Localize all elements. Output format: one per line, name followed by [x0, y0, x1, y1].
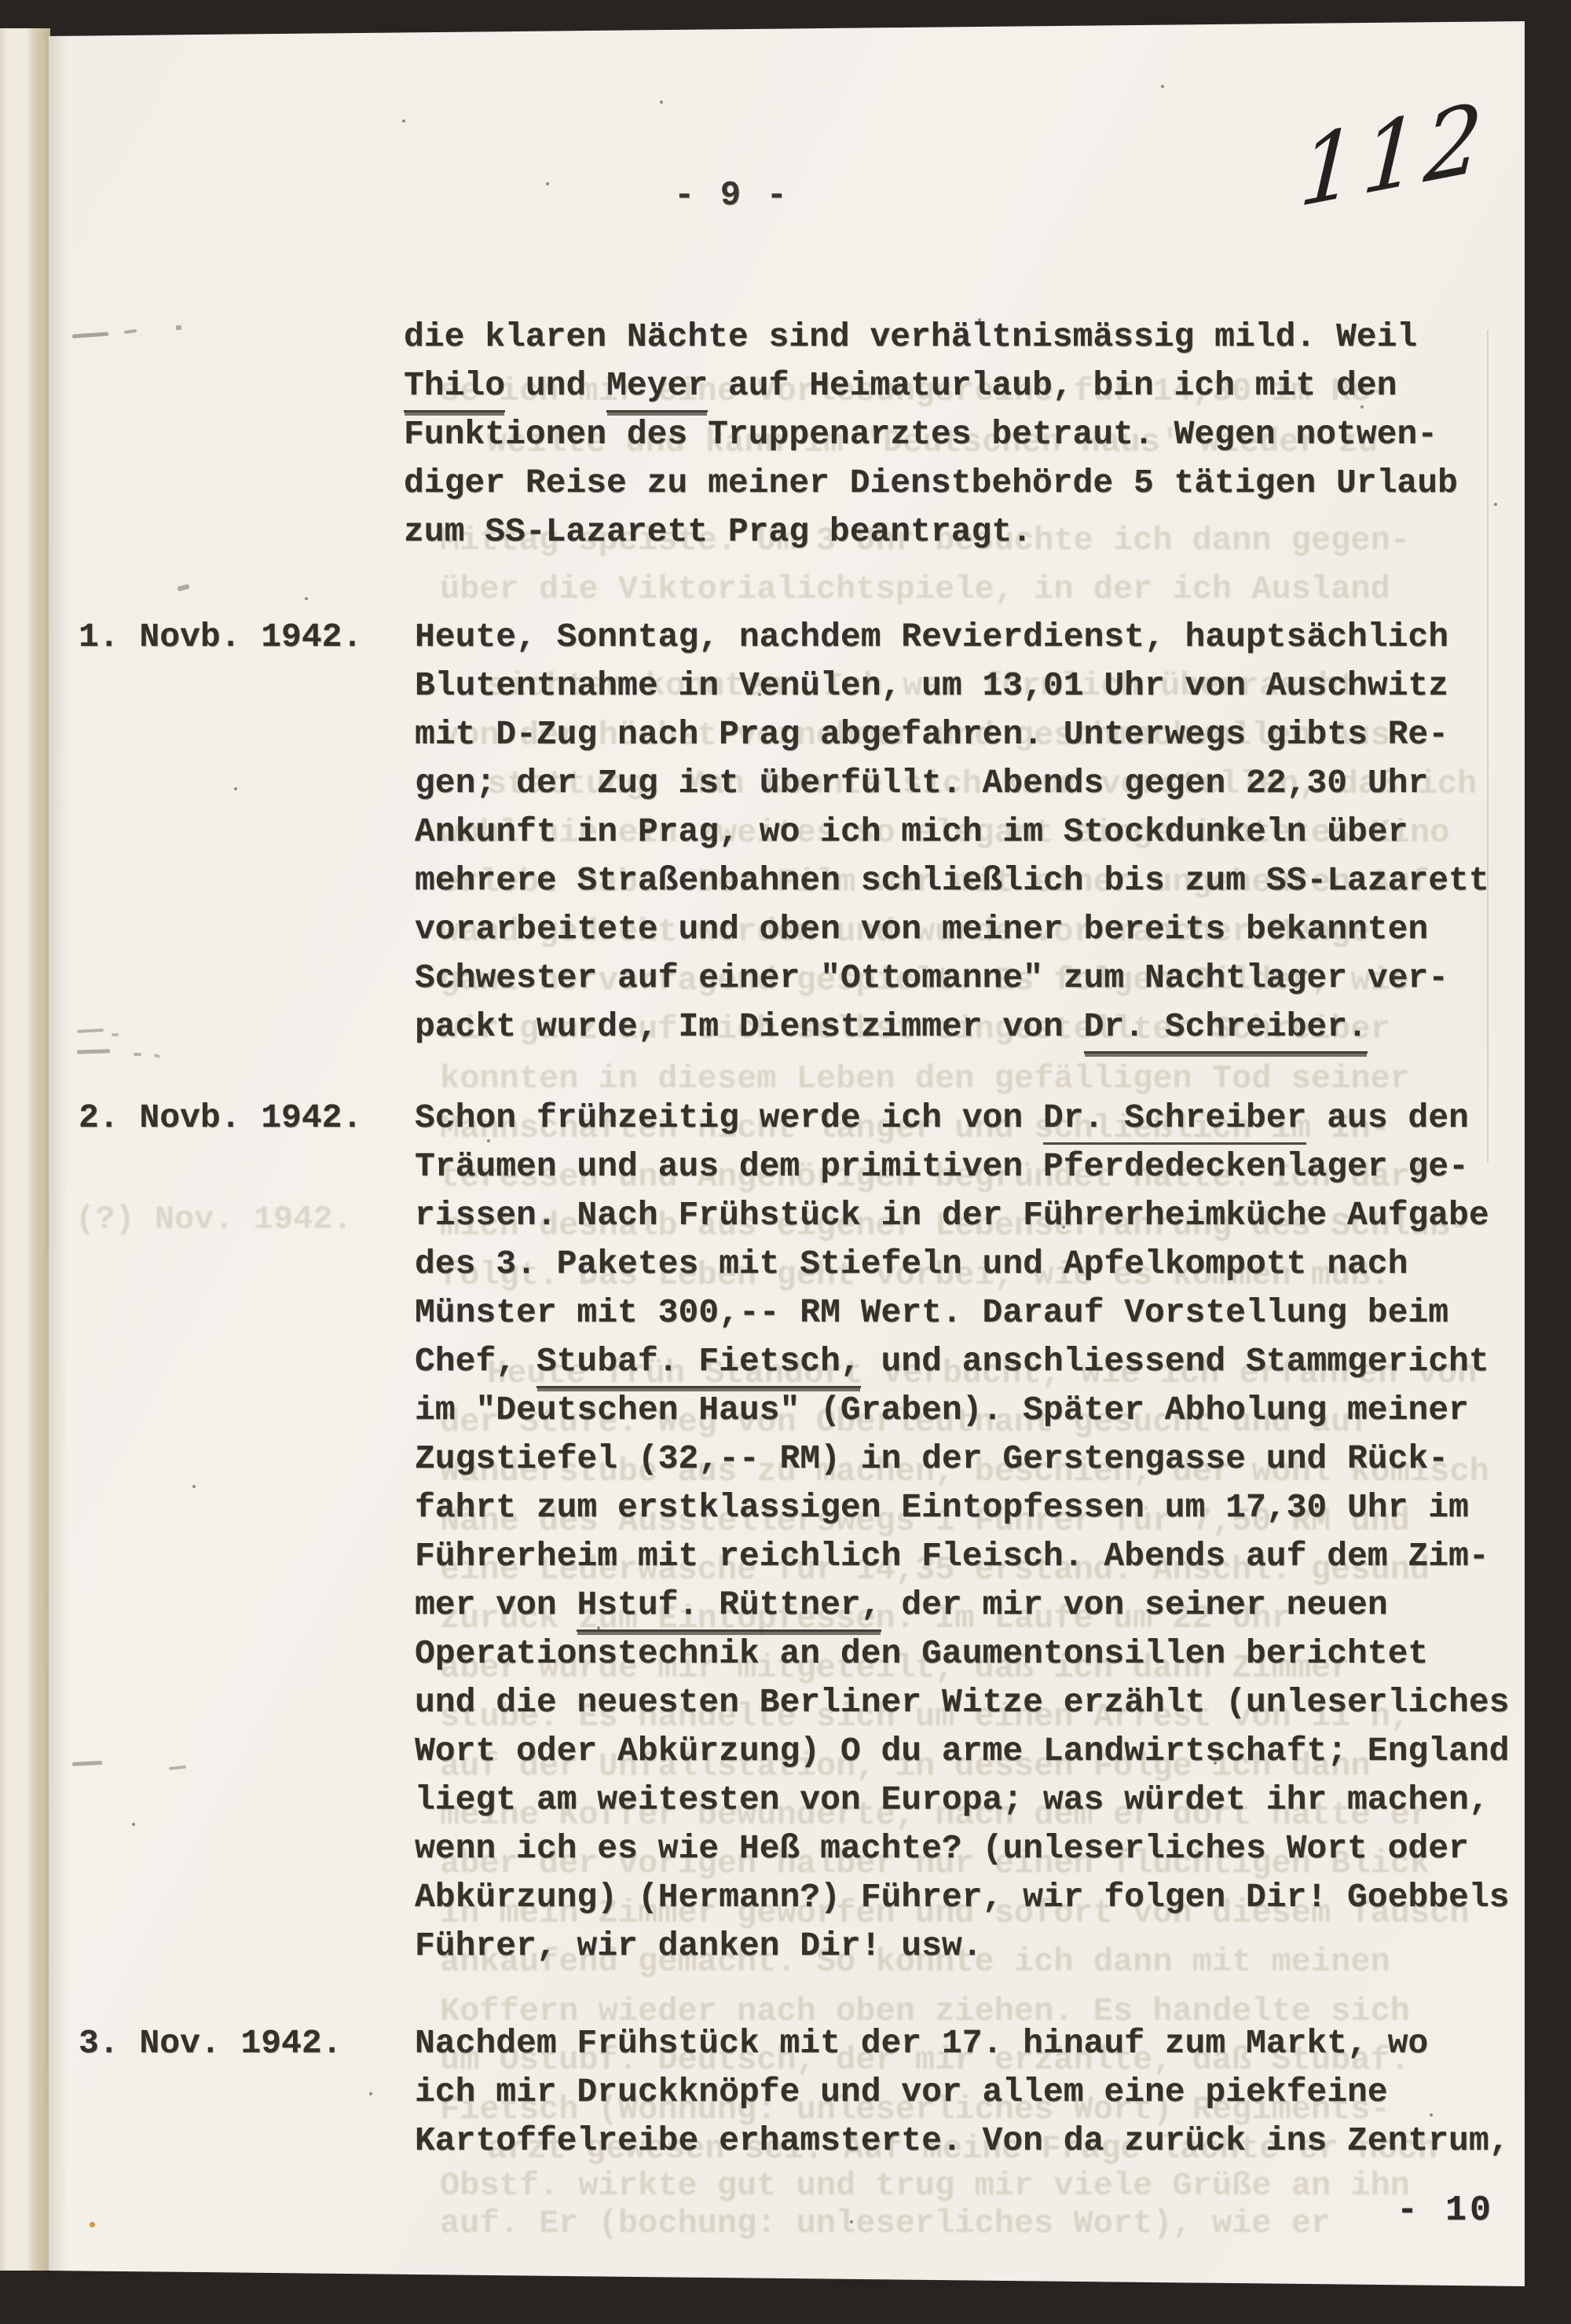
dust-speck: [234, 787, 237, 790]
typed-line: mer von Hstuf. Rüttner, der mir von sein…: [415, 1581, 1388, 1632]
dust-speck: [132, 1823, 135, 1826]
entry-date: 1. Novb. 1942.: [79, 613, 362, 662]
ghost-text-line: (?) Nov. 1942.: [75, 1196, 353, 1243]
typed-line: Chef, Stubaf. Fietsch, und anschliessend…: [415, 1337, 1489, 1388]
underlined-name: Meyer: [606, 361, 708, 412]
pencil-mark: [77, 1028, 104, 1033]
page-number-top: - 9 -: [674, 176, 789, 215]
page-fold-shadow: [49, 36, 69, 2271]
typed-line: gen; der Zug ist überfüllt. Abends gegen…: [415, 759, 1428, 808]
entry-date: 3. Nov. 1942.: [79, 2019, 342, 2068]
pencil-mark: [177, 584, 189, 592]
typed-line: Münster mit 300,-- RM Wert. Darauf Vorst…: [415, 1288, 1448, 1337]
underlined-name: Dr. Schreiber.: [1084, 1003, 1368, 1054]
pencil-mark: [72, 1761, 102, 1766]
dust-speck: [1161, 85, 1164, 88]
typed-line: Blutentnahme in Venülen, um 13,01 Uhr vo…: [415, 662, 1448, 710]
typed-line: ich mir Druckknöpfe und vor allem eine p…: [415, 2068, 1388, 2117]
dust-speck: [850, 2220, 853, 2223]
typed-line: des 3. Paketes mit Stiefeln und Apfelkom…: [415, 1240, 1408, 1288]
page-number-bottom: - 10: [1397, 2190, 1494, 2231]
pencil-mark: [72, 332, 108, 338]
typed-line: Kartoffelreibe erhamsterte. Von da zurüc…: [415, 2117, 1509, 2165]
paper-stain: [90, 2222, 95, 2227]
typed-line: Wort oder Abkürzung) O du arme Landwirts…: [415, 1727, 1509, 1776]
pencil-mark: [169, 1765, 186, 1770]
typed-line: mit D-Zug nach Prag abgefahren. Unterweg…: [415, 710, 1448, 759]
pencil-mark: [154, 1054, 161, 1058]
pencil-mark: [124, 329, 137, 334]
typed-line: wenn ich es wie Heß machte? (unleserlich…: [415, 1824, 1469, 1873]
underlined-name: Dr. Schreiber: [1043, 1094, 1306, 1145]
typed-line: mehrere Straßenbahnen schließlich bis zu…: [415, 856, 1489, 905]
typed-line: die klaren Nächte sind verhältnismässig …: [404, 313, 1417, 361]
pencil-mark: [134, 1053, 141, 1056]
typed-line: zum SS-Lazarett Prag beantragt.: [404, 508, 1032, 556]
dust-speck: [369, 2092, 372, 2095]
ghost-text-line: über die Viktorialichtspiele, in der ich…: [440, 566, 1390, 613]
typed-line: rissen. Nach Frühstück in der Führerheim…: [415, 1191, 1489, 1240]
typed-line: Träumen und aus dem primitiven Pferdedec…: [415, 1142, 1469, 1191]
typed-line: Führer, wir danken Dir! usw.: [415, 1922, 983, 1970]
pencil-mark: [112, 1033, 119, 1036]
typed-line: Ankunft in Prag, wo ich mich im Stockdun…: [415, 808, 1408, 856]
typed-line: Heute, Sonntag, nachdem Revierdienst, ha…: [415, 613, 1448, 662]
book-binding-edge: [0, 28, 50, 2271]
typed-line: Operationstechnik an den Gaumentonsillen…: [415, 1629, 1428, 1678]
dust-speck: [305, 597, 308, 600]
document-page: se ich mir eine Vorlesungsreihe für 14,3…: [0, 0, 1571, 2324]
pencil-mark: [176, 325, 181, 330]
typed-line: vorarbeitete und oben von meiner bereits…: [415, 905, 1428, 954]
underlined-name: Thilo: [404, 361, 505, 412]
typed-line: im "Deutschen Haus" (Graben). Später Abh…: [415, 1386, 1469, 1435]
typed-line: Schwester auf einer "Ottomanne" zum Nach…: [415, 954, 1448, 1003]
underlined-name: Hstuf. Rüttner,: [577, 1581, 881, 1632]
typed-line: Nachdem Frühstück mit der 17. hinauf zum…: [415, 2019, 1428, 2068]
dust-speck: [192, 1485, 196, 1488]
typed-line: Funktionen des Truppenarztes betraut. We…: [404, 410, 1437, 459]
dust-speck: [660, 101, 663, 104]
typed-line: Thilo und Meyer auf Heimaturlaub, bin ic…: [404, 361, 1397, 412]
typed-line: und die neuesten Berliner Witze erzählt …: [415, 1678, 1509, 1727]
typed-line: Führerheim mit reichlich Fleisch. Abends…: [415, 1532, 1489, 1581]
dust-speck: [546, 182, 549, 185]
paper-crease: [1487, 330, 1489, 1163]
dust-speck: [402, 119, 405, 123]
typed-line: packt wurde, Im Dienstzimmer von Dr. Sch…: [415, 1003, 1368, 1054]
ghost-text-line: auf. Er (bochung: unleserliches Wort), w…: [440, 2200, 1331, 2247]
typed-line: diger Reise zu meiner Dienstbehörde 5 tä…: [404, 459, 1458, 508]
dust-speck: [1494, 503, 1497, 506]
typed-line: fahrt zum erstklassigen Eintopfessen um …: [415, 1483, 1469, 1532]
pencil-mark: [77, 1049, 110, 1054]
typed-line: Schon frühzeitig werde ich von Dr. Schre…: [415, 1094, 1469, 1145]
underlined-name: Stubaf. Fietsch,: [536, 1337, 861, 1388]
typed-line: liegt am weitesten von Europa; was würde…: [415, 1776, 1489, 1824]
scanned-document: se ich mir eine Vorlesungsreihe für 14,3…: [0, 0, 1571, 2324]
handwritten-folio-number: 112: [1297, 81, 1490, 229]
typed-line: Abkürzung) (Hermann?) Führer, wir folgen…: [415, 1873, 1509, 1922]
entry-date: 2. Novb. 1942.: [79, 1094, 362, 1142]
typed-line: Zugstiefel (32,-- RM) in der Gerstengass…: [415, 1435, 1448, 1483]
